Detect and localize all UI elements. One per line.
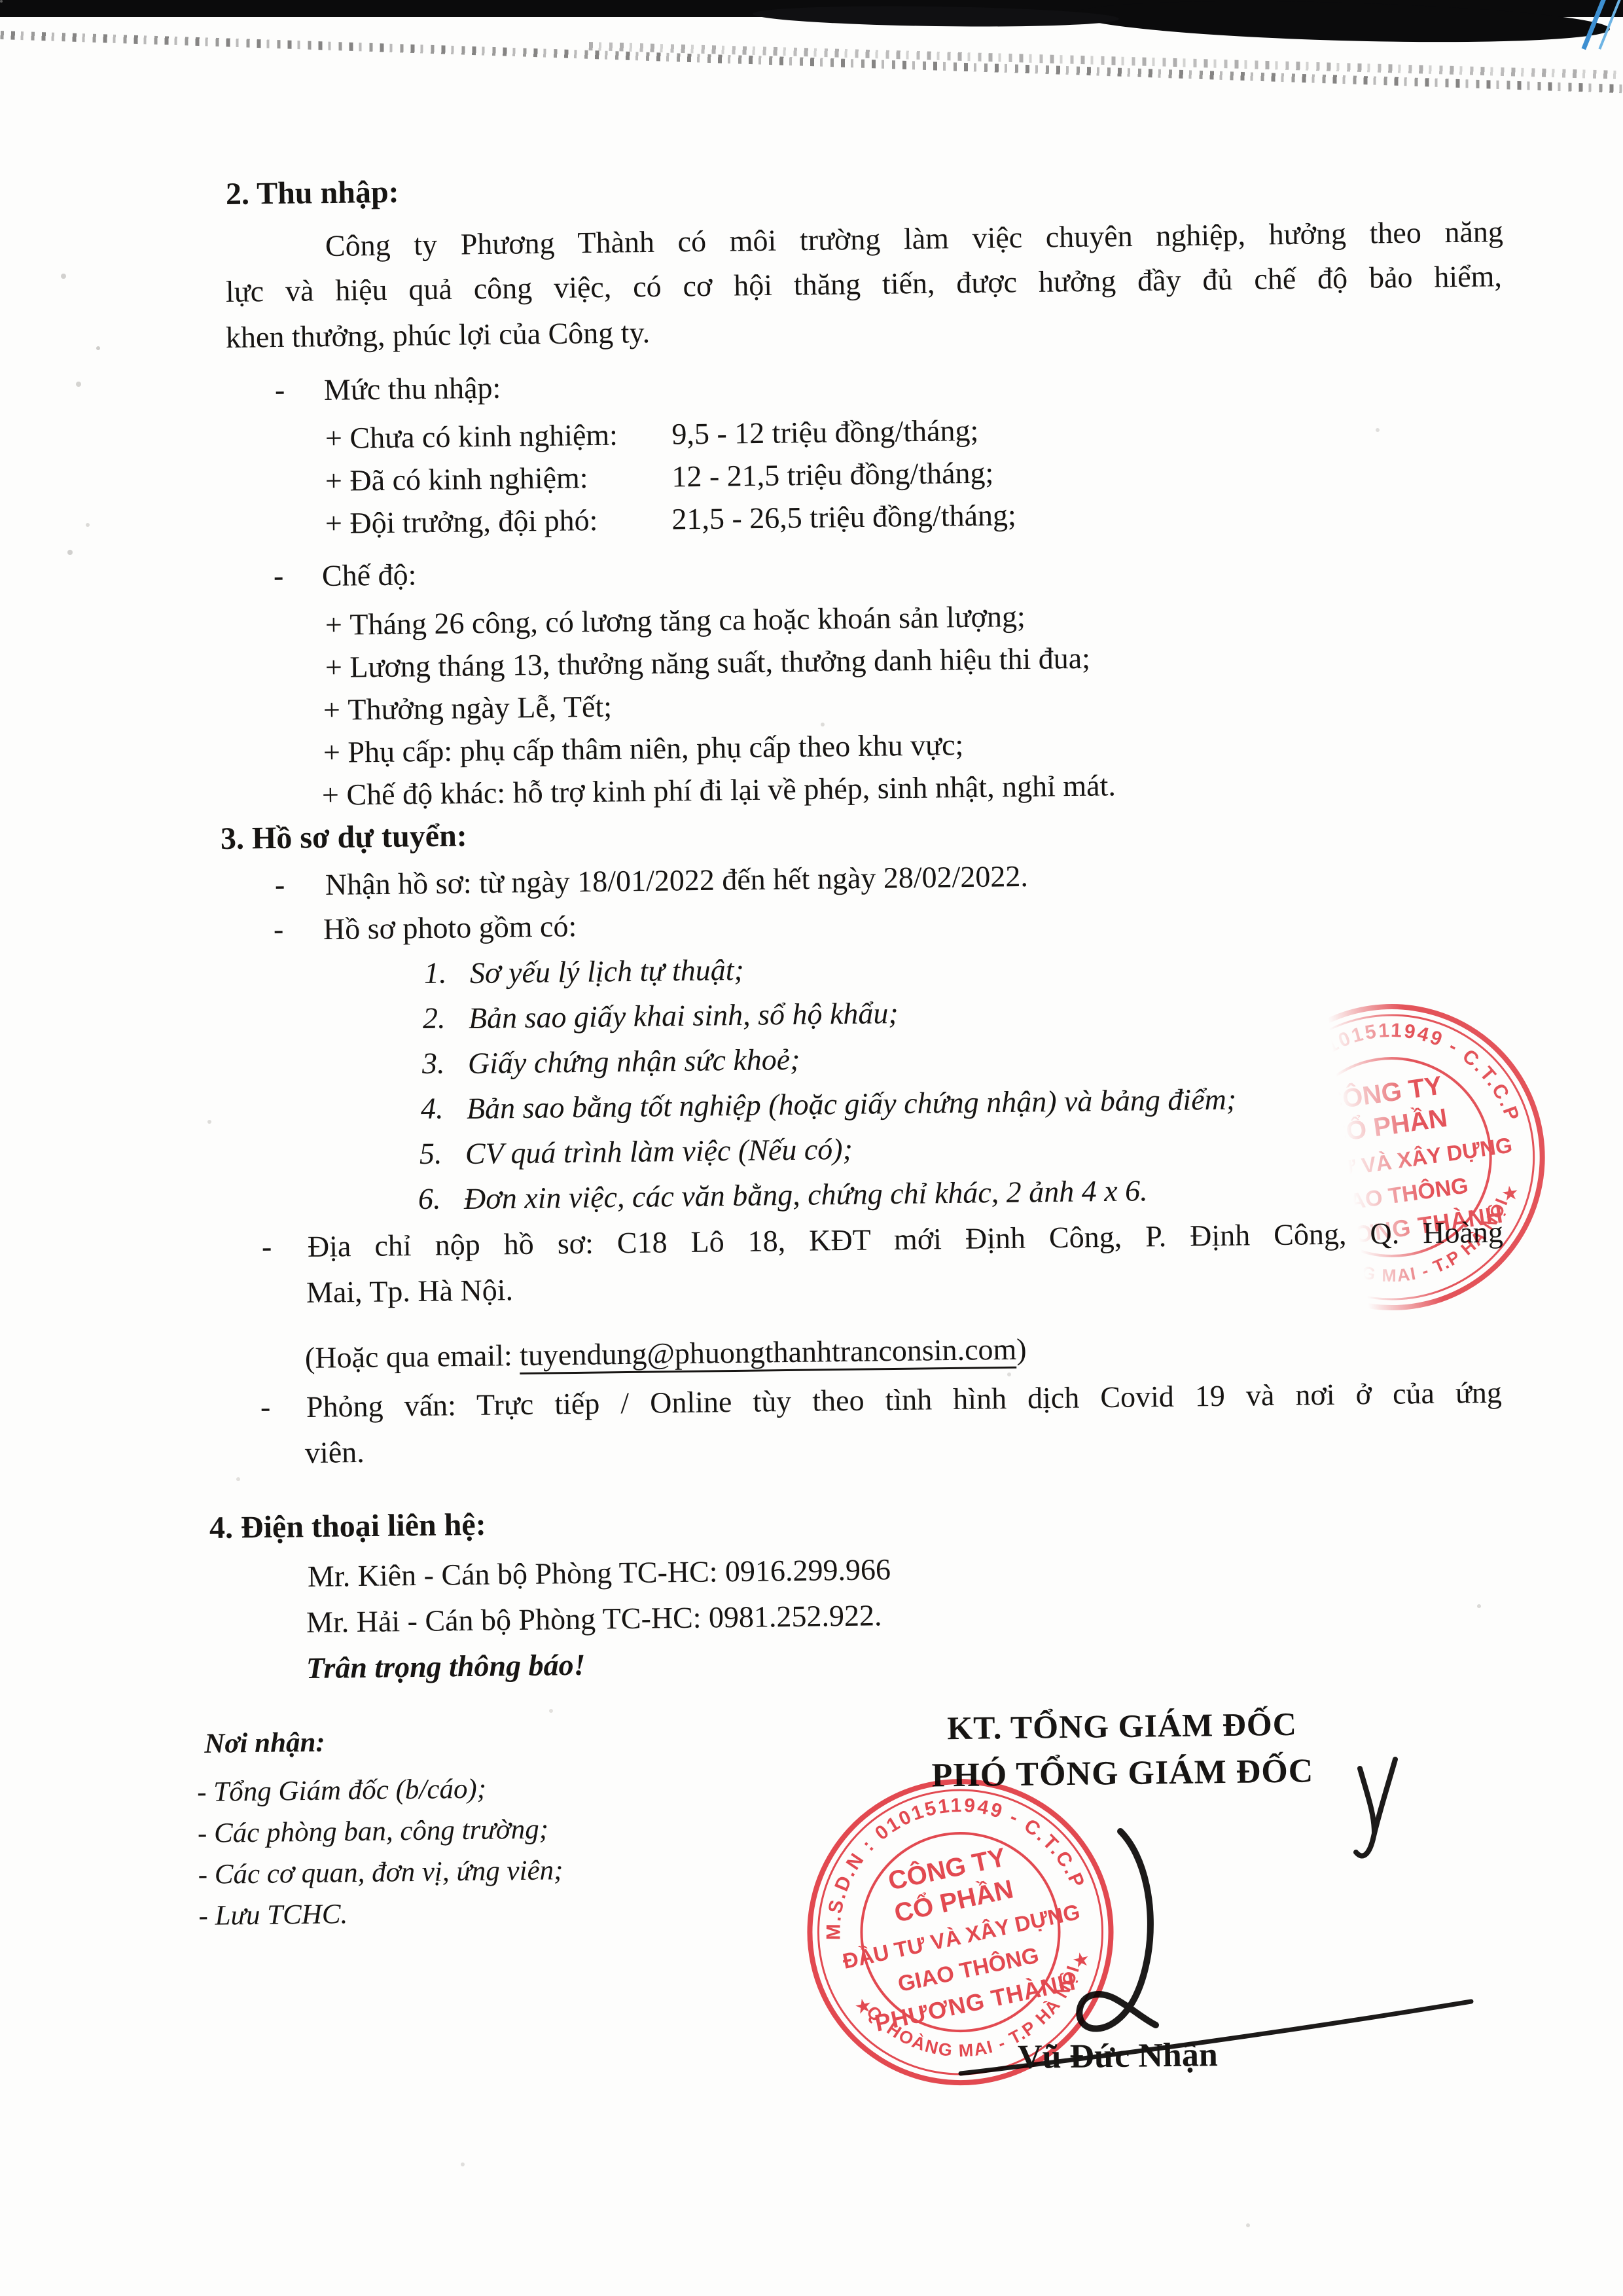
- recipient-item: - Các phòng ban, công trường;: [198, 1808, 563, 1854]
- signature-title-1: KT. TỔNG GIÁM ĐỐC: [889, 1704, 1355, 1748]
- recipient-item: - Lưu TCHC.: [198, 1891, 563, 1937]
- salary-value: 12 - 21,5 triệu đồng/tháng;: [671, 456, 993, 493]
- recipients-heading: Nơi nhận:: [204, 1723, 562, 1760]
- document-number: 6.: [418, 1179, 458, 1218]
- benefit-text: Lương tháng 13, thưởng năng suất, thưởng…: [349, 641, 1090, 684]
- closing-line: Trân trọng thông báo!: [306, 1646, 586, 1687]
- scan-specks: [0, 0, 3, 3]
- recipients-block: Nơi nhận: - Tổng Giám đốc (b/cáo); - Các…: [196, 1723, 564, 1937]
- document-item: Sơ yếu lý lịch tự thuật;: [470, 951, 744, 992]
- bullet-plus: +: [325, 608, 343, 641]
- recipient-item: - Các cơ quan, đơn vị, ứng viên;: [198, 1850, 563, 1895]
- salary-item: + Đội trưởng, đội phó:21,5 - 26,5 triệu …: [325, 496, 1016, 543]
- bullet-plus: +: [325, 422, 343, 455]
- address-line: Mai, Tp. Hà Nội.: [306, 1271, 514, 1312]
- bullet-dash: -: [274, 910, 284, 948]
- bullet-plus: +: [323, 736, 341, 769]
- email-suffix: ): [1016, 1333, 1027, 1366]
- document-number: 5.: [419, 1134, 459, 1173]
- contact-phone-line: Mr. Hải - Cán bộ Phòng TC-HC: 0981.252.9…: [306, 1596, 882, 1641]
- benefit-item: + Thưởng ngày Lễ, Tết;: [323, 688, 613, 729]
- salary-item: + Đã có kinh nghiệm:12 - 21,5 triệu đồng…: [325, 454, 994, 500]
- benefit-text: Chế độ khác: hỗ trợ kinh phí đi lại về p…: [346, 768, 1116, 811]
- document-number: 4.: [421, 1089, 461, 1128]
- section-4-heading: 4. Điện thoại liên hệ:: [209, 1506, 486, 1547]
- benefit-item: + Phụ cấp: phụ cấp thâm niên, phụ cấp th…: [323, 726, 964, 772]
- benefit-item: + Chế độ khác: hỗ trợ kinh phí đi lại về…: [322, 766, 1116, 814]
- income-paragraph-line: lực và hiệu quả công việc, có cơ hội thă…: [226, 257, 1503, 311]
- stamp-star-left: ★: [853, 1994, 874, 2019]
- section-3-heading: 3. Hồ sơ dự tuyển:: [221, 817, 467, 858]
- salary-item: + Chưa có kinh nghiệm:9,5 - 12 triệu đồn…: [325, 412, 979, 457]
- benefit-text: Tháng 26 công, có lương tăng ca hoặc kho…: [349, 600, 1026, 641]
- salary-label: Đội trưởng, đội phó:: [349, 501, 672, 543]
- benefit-text: Phụ cấp: phụ cấp thâm niên, phụ cấp theo…: [348, 728, 963, 768]
- stamp-star-right: ★: [1500, 1182, 1520, 1206]
- interview-line: Phỏng vấn: Trực tiếp / Online tùy theo t…: [306, 1374, 1503, 1426]
- document-item: CV quá trình làm việc (Nếu có);: [465, 1130, 853, 1173]
- scanned-document-page: 2. Thu nhập: Công ty Phương Thành có môi…: [0, 0, 1623, 2296]
- bullet-plus: +: [325, 464, 343, 497]
- document-item: Bản sao bằng tốt nghiệp (hoặc giấy chứng…: [467, 1081, 1237, 1128]
- email-line: (Hoặc qua email: tuyendung@phuongthanhtr…: [305, 1331, 1027, 1377]
- salary-label: Chưa có kinh nghiệm:: [349, 416, 672, 457]
- bullet-dash: -: [275, 866, 285, 904]
- recruitment-email-link[interactable]: tuyendung@phuongthanhtranconsin.com: [520, 1333, 1017, 1374]
- bullet-plus: +: [322, 778, 340, 812]
- bullet-dash: -: [275, 371, 285, 409]
- bullet-plus: +: [325, 507, 343, 540]
- benefit-item: + Tháng 26 công, có lương tăng ca hoặc k…: [325, 598, 1026, 644]
- salary-list-label: Mức thu nhập:: [324, 369, 501, 409]
- benefit-item: + Lương tháng 13, thưởng năng suất, thưở…: [325, 639, 1091, 687]
- contact-phone-line: Mr. Kiên - Cán bộ Phòng TC-HC: 0916.299.…: [308, 1551, 891, 1596]
- income-paragraph-line: khen thưởng, phúc lợi của Công ty.: [226, 314, 651, 357]
- interview-line: viên.: [305, 1433, 365, 1472]
- salary-label: Đã có kinh nghiệm:: [349, 458, 672, 500]
- section-2-heading: 2. Thu nhập:: [226, 173, 399, 213]
- stamp-center-line: ĐẦU TƯ VÀ XÂY DỰNG: [1271, 1132, 1514, 1190]
- document-number: 1.: [424, 954, 464, 992]
- bullet-dash: -: [274, 557, 284, 595]
- bullet-plus: +: [325, 651, 343, 684]
- document-item: Đơn xin việc, các văn bằng, chứng chỉ kh…: [464, 1172, 1148, 1218]
- benefit-text: Thưởng ngày Lễ, Tết;: [348, 690, 612, 726]
- partial-round-stamp: M.S.D.N : 0101511949 - C.T.C.P Q. HOÀNG …: [1215, 980, 1570, 1338]
- document-number: 3.: [422, 1044, 462, 1083]
- bullet-plus: +: [323, 693, 341, 726]
- salary-value: 9,5 - 12 triệu đồng/tháng;: [671, 414, 978, 451]
- dossier-dates: Nhận hồ sơ: từ ngày 18/01/2022 đến hết n…: [325, 857, 1029, 904]
- stamp-star-left: ★: [1279, 1213, 1300, 1236]
- benefits-label: Chế độ:: [322, 556, 417, 595]
- bullet-dash: -: [262, 1228, 272, 1266]
- email-prefix: (Hoặc qua email:: [305, 1338, 520, 1374]
- document-item: Bản sao giấy khai sinh, sổ hộ khẩu;: [469, 994, 899, 1037]
- document-number: 2.: [423, 999, 463, 1037]
- dossier-photo-label: Hồ sơ photo gồm có:: [323, 907, 577, 948]
- salary-value: 21,5 - 26,5 triệu đồng/tháng;: [671, 498, 1016, 535]
- stamp-star-right: ★: [1070, 1948, 1092, 1973]
- document-item: Giấy chứng nhận sức khoẻ;: [468, 1041, 800, 1083]
- bullet-dash: -: [260, 1388, 271, 1426]
- signer-name: Vũ Đức Nhận: [1018, 2036, 1218, 2077]
- recipient-item: - Tổng Giám đốc (b/cáo);: [197, 1767, 562, 1813]
- income-paragraph-line: Công ty Phương Thành có môi trường làm v…: [325, 213, 1504, 265]
